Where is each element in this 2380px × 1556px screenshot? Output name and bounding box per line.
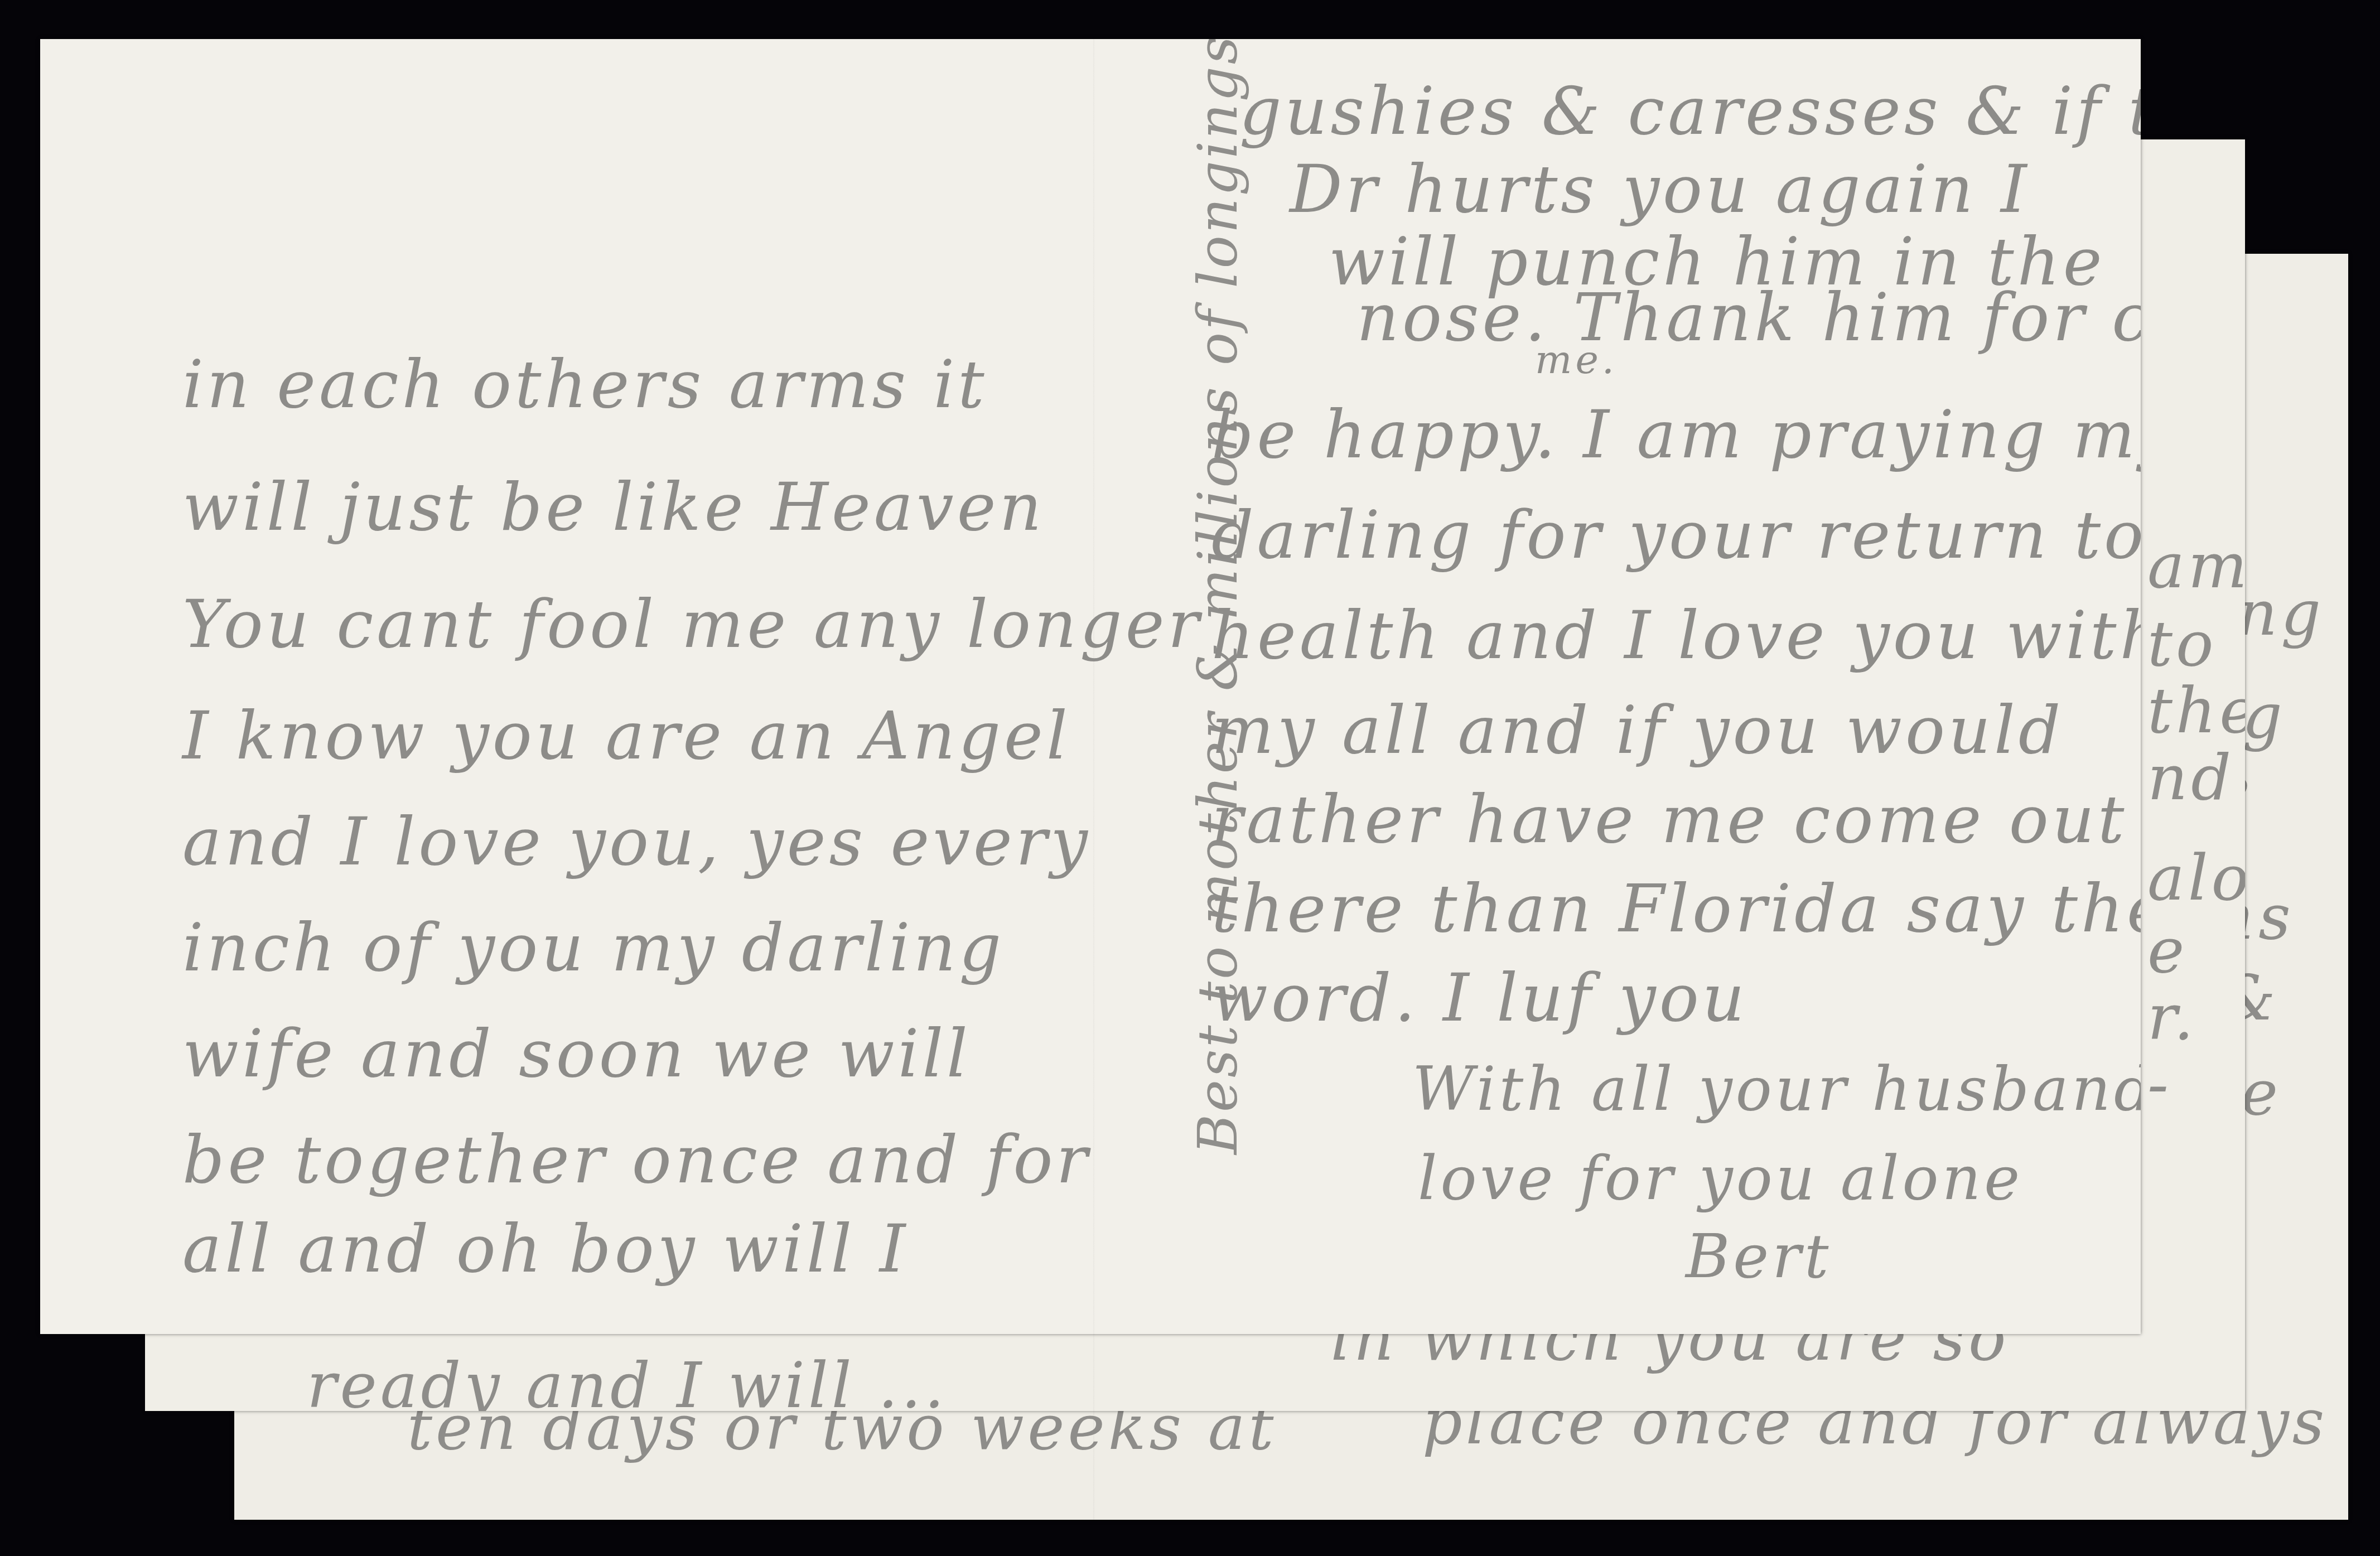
letter-line: word. I luf you — [1211, 965, 1748, 1031]
letter-sheet-1: in each others arms it will just be like… — [40, 39, 2141, 1334]
letter-line-insert: me. — [1535, 340, 1618, 379]
letter-line: rather have me come out — [1211, 786, 2127, 852]
letter-line: Dr hurts you again I — [1290, 156, 2030, 222]
sheet-2-edge-fragment: - — [2147, 1048, 2172, 1121]
letter-line: all and oh boy will I — [182, 1216, 909, 1282]
closing-line: With all your husbands — [1412, 1060, 2141, 1120]
letter-line: inch of you my darling — [182, 915, 1005, 980]
letter-line: You cant fool me any longer — [182, 591, 1203, 657]
letter-line: my all and if you would — [1211, 697, 2064, 763]
fold-crease — [1093, 39, 1095, 1334]
sheet-2-edge-fragment: to — [2147, 608, 2217, 680]
sheet-2-edge-fragment: r. — [2147, 982, 2197, 1054]
sheet-2-edge-fragment: e — [2147, 915, 2188, 987]
sheet-2-edge-fragment: the — [2147, 675, 2245, 747]
letter-line: wife and soon we will — [182, 1021, 971, 1086]
letter-line: health and I love you with — [1211, 602, 2141, 668]
letter-line: in each others arms it — [182, 351, 988, 417]
letter-line: be together once and for — [182, 1127, 1091, 1192]
letter-line: will just be like Heaven — [182, 474, 1045, 540]
sheet-2-bottom-left-fragment: ready and I will ... — [307, 1350, 948, 1411]
letter-line: I know you are an Angel — [182, 703, 1071, 769]
letter-line: and I love you, yes every — [182, 809, 1091, 874]
letter-line: darling for your return to — [1211, 502, 2141, 568]
signature: Bert — [1686, 1227, 1832, 1287]
closing-line: love for you alone — [1418, 1149, 2023, 1209]
letter-line: nose. Thank him for calling — [1356, 284, 2141, 350]
sheet-2-edge-fragment: nd — [2147, 742, 2234, 814]
letter-line: be happy. I am praying my — [1211, 402, 2141, 467]
letter-line: gushies & caresses & if the — [1239, 78, 2141, 144]
letter-line: there than Florida say the — [1211, 876, 2141, 941]
sheet-2-edge-fragment: alone — [2147, 842, 2245, 915]
sheet-2-edge-fragment: am — [2147, 530, 2245, 602]
